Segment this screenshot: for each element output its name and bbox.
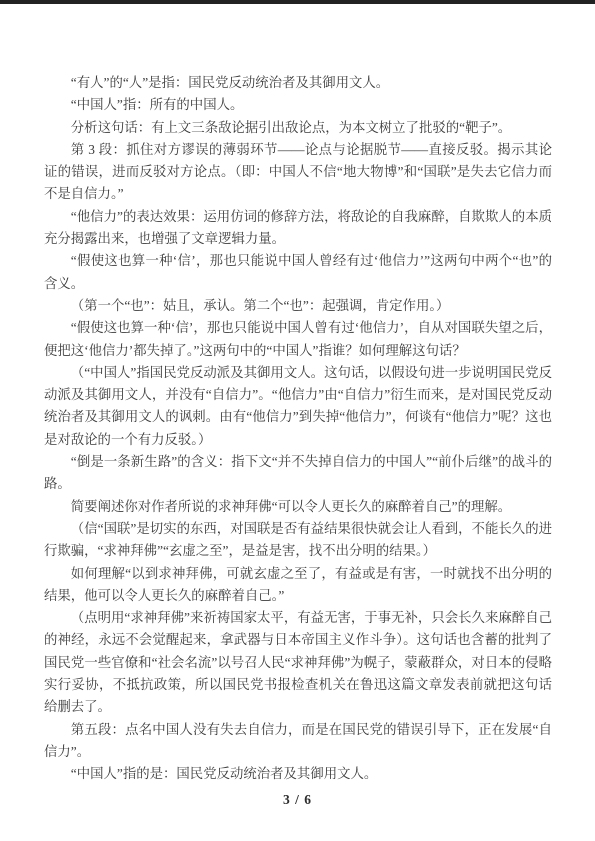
paragraph: 分析这句话：有上文三条敌论据引出敌论点，为本文树立了批驳的“靶子”。	[44, 117, 552, 139]
paragraph: （信“国联”是切实的东西，对国联是否有益结果很快就会让人看到，不能长久的进行欺骗…	[44, 518, 552, 563]
paragraph: 第五段：点名中国人没有失去自信力，而是在国民党的错误引导下，正在发展“自信力”。	[44, 719, 552, 764]
document-body: “有人”的“人”是指：国民党反动统治者及其御用文人。 “中国人”指：所有的中国人…	[0, 4, 595, 786]
paragraph: “中国人”指：所有的中国人。	[44, 94, 552, 116]
paragraph: “有人”的“人”是指：国民党反动统治者及其御用文人。	[44, 72, 552, 94]
paragraph: “假使这也算一种‘信’，那也只能说中国人曾经有过‘他信力’”这两句中两个“也”的…	[44, 250, 552, 295]
paragraph: （第一个“也”：姑且，承认。第二个“也”：起强调，肯定作用。）	[44, 295, 552, 317]
page-number: 3 / 6	[0, 789, 595, 811]
paragraph: （点明用“求神拜佛”来祈祷国家太平，有益无害，于事无补，只会长久来麻醉自己的神经…	[44, 607, 552, 718]
paragraph: “他信力”的表达效果：运用仿词的修辞方法，将敌论的自我麻醉，自欺欺人的本质充分揭…	[44, 206, 552, 251]
paragraph: “倒是一条新生路”的含义：指下文“并不失掉自信力的中国人”“前仆后继”的战斗的路…	[44, 451, 552, 496]
paragraph: 简要阐述你对作者所说的求神拜佛“可以令人更长久的麻醉着自己”的理解。	[44, 496, 552, 518]
paragraph: 如何理解“以到求神拜佛，可就玄虚之至了，有益或是有害，一时就找不出分明的结果，他…	[44, 563, 552, 608]
paragraph: 第 3 段：抓住对方谬误的薄弱环节——论点与论据脱节——直接反驳。揭示其论证的错…	[44, 139, 552, 206]
paragraph: （“中国人”指国民党反动派及其御用文人。这句话，以假设句进一步说明国民党反动派及…	[44, 362, 552, 451]
document-page: “有人”的“人”是指：国民党反动统治者及其御用文人。 “中国人”指：所有的中国人…	[0, 4, 595, 841]
paragraph: “假使这也算一种‘信’，那也只能说中国人曾有过‘他信力’，自从对国联失望之后，便…	[44, 317, 552, 362]
paragraph: “中国人”指的是：国民党反动统治者及其御用文人。	[44, 763, 552, 785]
